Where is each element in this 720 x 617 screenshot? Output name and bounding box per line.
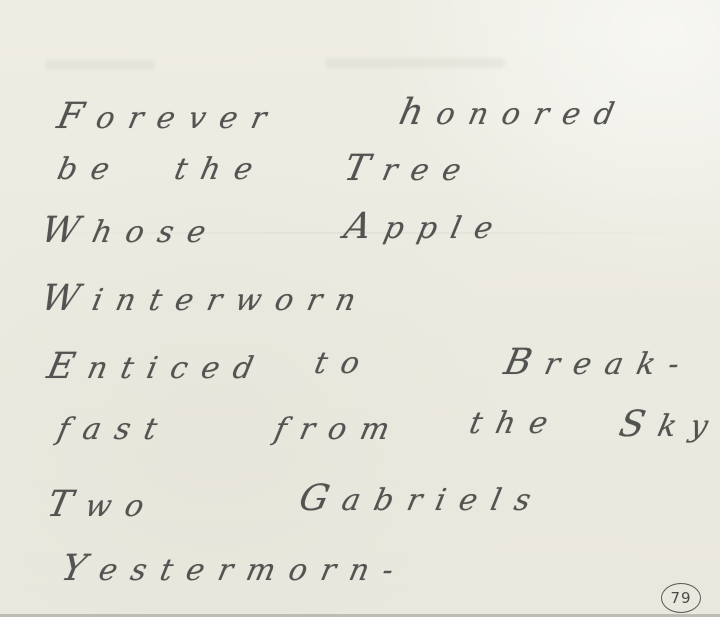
word: Apple	[341, 206, 511, 247]
word: Sky	[616, 404, 720, 445]
manuscript-line: Whose Apple	[0, 210, 720, 270]
word: Two	[44, 484, 162, 525]
manuscript-line: Winterworn	[0, 278, 720, 338]
word: honored	[396, 92, 633, 133]
manuscript-line: Two Gabriels	[0, 478, 720, 538]
word: Enticed	[44, 346, 272, 387]
word: Break-	[501, 342, 698, 383]
word: Whose	[38, 210, 224, 251]
manuscript-line: Enticed to Break-	[0, 346, 720, 406]
manuscript-line: Forever honored	[0, 92, 720, 152]
manuscript-page: Forever honored be the Tree Whose Apple …	[0, 0, 720, 617]
word: to	[311, 346, 377, 381]
bleed-through-mark	[325, 58, 505, 68]
manuscript-line: fast from the Sky	[0, 412, 720, 472]
word: Gabriels	[296, 478, 549, 519]
manuscript-line: Yestermorn-	[0, 548, 720, 608]
word: be	[54, 152, 126, 187]
word: from	[271, 412, 406, 447]
manuscript-line: be the Tree	[0, 152, 720, 212]
bleed-through-mark	[45, 60, 155, 70]
word: the	[171, 152, 270, 187]
word: Tree	[341, 148, 480, 189]
word: the	[466, 406, 565, 441]
word: fast	[54, 412, 174, 447]
page-number-circled: 79	[661, 583, 701, 613]
word: Forever	[54, 96, 285, 137]
word: Winterworn	[38, 278, 374, 319]
word: Yestermorn-	[58, 548, 412, 589]
